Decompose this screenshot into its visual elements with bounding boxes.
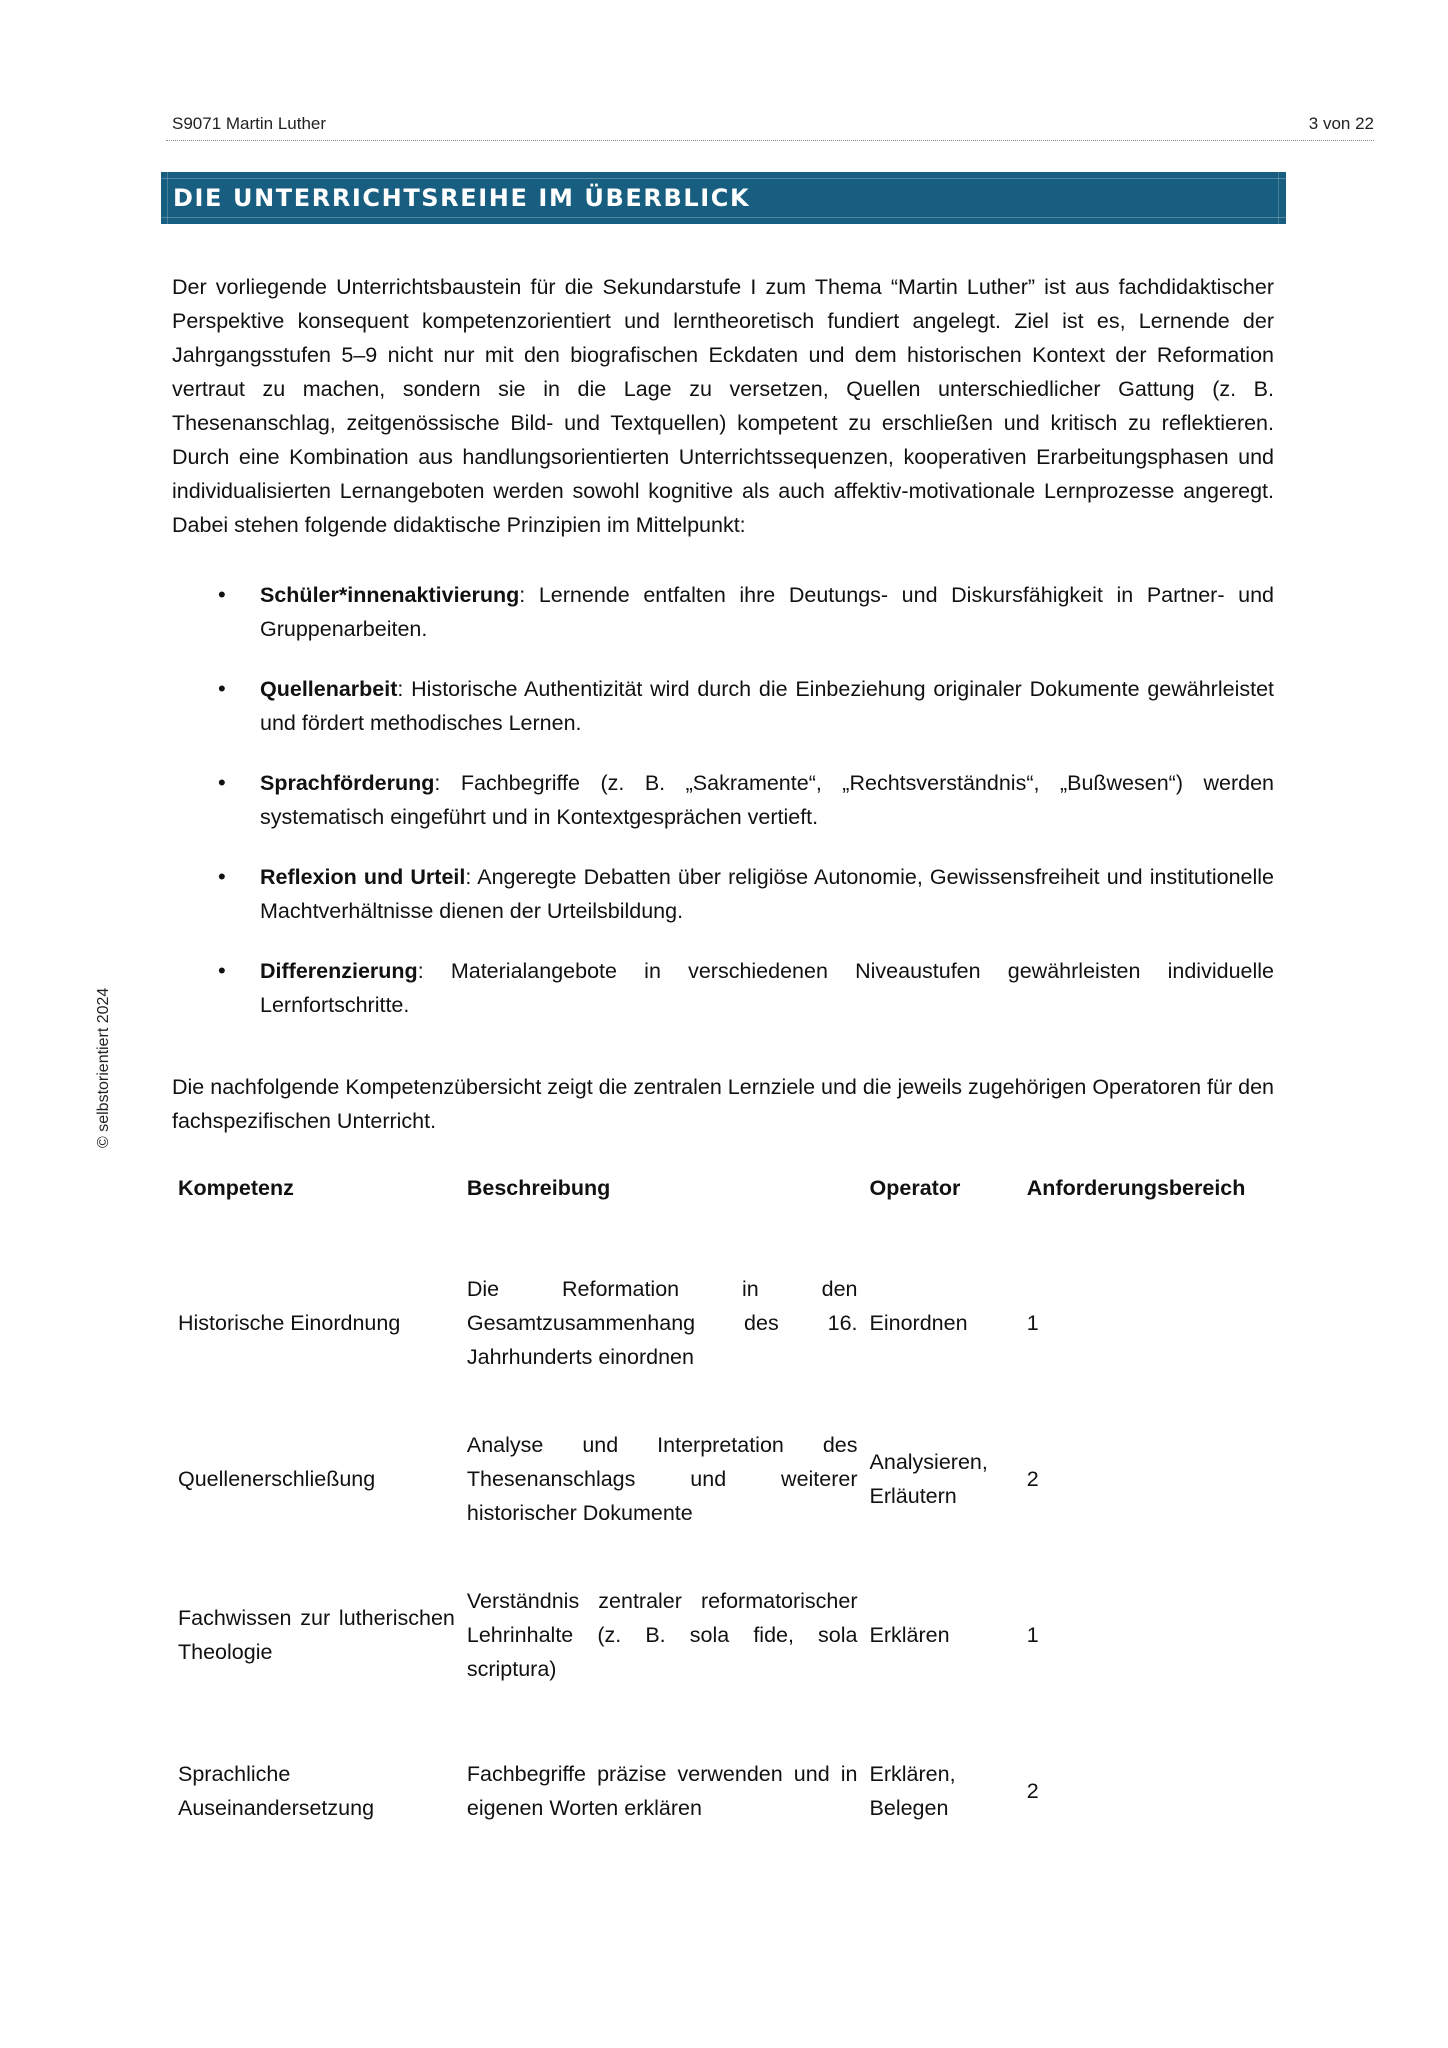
cell-beschreibung: Verständnis zentraler reformatorischer L… bbox=[461, 1570, 864, 1700]
column-header: Kompetenz bbox=[172, 1170, 461, 1206]
decorative-rule bbox=[167, 172, 168, 224]
list-item: •Schüler*innenaktivierung: Lernende entf… bbox=[172, 578, 1274, 646]
cell-kompetenz: Sprachliche Auseinandersetzung bbox=[172, 1726, 461, 1856]
page-indicator: 3 von 22 bbox=[1309, 114, 1374, 134]
cell-kompetenz: Fachwissen zur lutherischen Theologie bbox=[172, 1570, 461, 1700]
bullet-icon: • bbox=[218, 578, 226, 612]
cell-kompetenz: Historische Einordnung bbox=[172, 1258, 461, 1388]
cell-beschreibung: Analyse und Interpretation des Thesenans… bbox=[461, 1414, 864, 1544]
principle-term: Quellenarbeit bbox=[260, 677, 397, 701]
column-header: Operator bbox=[864, 1170, 1021, 1206]
list-item: •Sprachförderung: Fachbegriffe (z. B. „S… bbox=[172, 766, 1274, 834]
outro-paragraph: Die nachfolgende Kompetenzübersicht zeig… bbox=[172, 1070, 1274, 1138]
bullet-icon: • bbox=[218, 766, 226, 800]
cell-kompetenz: Quellenerschließung bbox=[172, 1414, 461, 1544]
decorative-rule bbox=[1278, 172, 1279, 224]
principle-term: Schüler*innenaktivierung bbox=[260, 583, 519, 607]
decorative-rule bbox=[161, 217, 1286, 218]
cell-anforderungsbereich: 2 bbox=[1021, 1726, 1282, 1856]
cell-operator: Erklären, Belegen bbox=[864, 1726, 1021, 1856]
cell-beschreibung: Die Reformation in den Gesamtzusammenhan… bbox=[461, 1258, 864, 1388]
section-heading-bar: DIE UNTERRICHTSREIHE IM ÜBERBLICK bbox=[161, 172, 1286, 224]
principle-term: Reflexion und Urteil bbox=[260, 865, 465, 889]
table-row: Quellenerschließung Analyse und Interpre… bbox=[172, 1414, 1282, 1544]
bullet-icon: • bbox=[218, 954, 226, 988]
section-title: DIE UNTERRICHTSREIHE IM ÜBERBLICK bbox=[173, 184, 750, 212]
cell-operator: Erklären bbox=[864, 1570, 1021, 1700]
list-item: •Quellenarbeit: Historische Authentizitä… bbox=[172, 672, 1274, 740]
table-row: Sprachliche Auseinandersetzung Fachbegri… bbox=[172, 1726, 1282, 1856]
bullet-icon: • bbox=[218, 860, 226, 894]
cell-anforderungsbereich: 1 bbox=[1021, 1570, 1282, 1700]
decorative-rule bbox=[161, 178, 1286, 179]
principle-term: Sprachförderung bbox=[260, 771, 434, 795]
copyright-note: © selbstorientiert 2024 bbox=[95, 958, 113, 1148]
cell-anforderungsbereich: 1 bbox=[1021, 1258, 1282, 1388]
principle-text: : Historische Authentizität wird durch d… bbox=[260, 677, 1274, 735]
cell-anforderungsbereich: 2 bbox=[1021, 1414, 1282, 1544]
document-title: S9071 Martin Luther bbox=[172, 114, 326, 134]
principle-term: Differenzierung bbox=[260, 959, 418, 983]
table-header-row: Kompetenz Beschreibung Operator Anforder… bbox=[172, 1170, 1282, 1206]
competence-table: Kompetenz Beschreibung Operator Anforder… bbox=[172, 1170, 1282, 1856]
cell-beschreibung: Fachbegriffe präzise verwenden und in ei… bbox=[461, 1726, 864, 1856]
principles-list: •Schüler*innenaktivierung: Lernende entf… bbox=[172, 578, 1274, 1048]
table-row: Historische Einordnung Die Reformation i… bbox=[172, 1258, 1282, 1388]
cell-operator: Analysieren, Erläutern bbox=[864, 1414, 1021, 1544]
cell-operator: Einordnen bbox=[864, 1258, 1021, 1388]
list-item: •Differenzierung: Materialangebote in ve… bbox=[172, 954, 1274, 1022]
column-header: Anforderungsbereich bbox=[1021, 1170, 1282, 1206]
bullet-icon: • bbox=[218, 672, 226, 706]
table-row: Fachwissen zur lutherischen Theologie Ve… bbox=[172, 1570, 1282, 1700]
list-item: •Reflexion und Urteil: Angeregte Debatte… bbox=[172, 860, 1274, 928]
running-header: S9071 Martin Luther 3 von 22 bbox=[166, 112, 1374, 141]
column-header: Beschreibung bbox=[461, 1170, 864, 1206]
intro-paragraph: Der vorliegende Unterrichtsbaustein für … bbox=[172, 270, 1274, 542]
